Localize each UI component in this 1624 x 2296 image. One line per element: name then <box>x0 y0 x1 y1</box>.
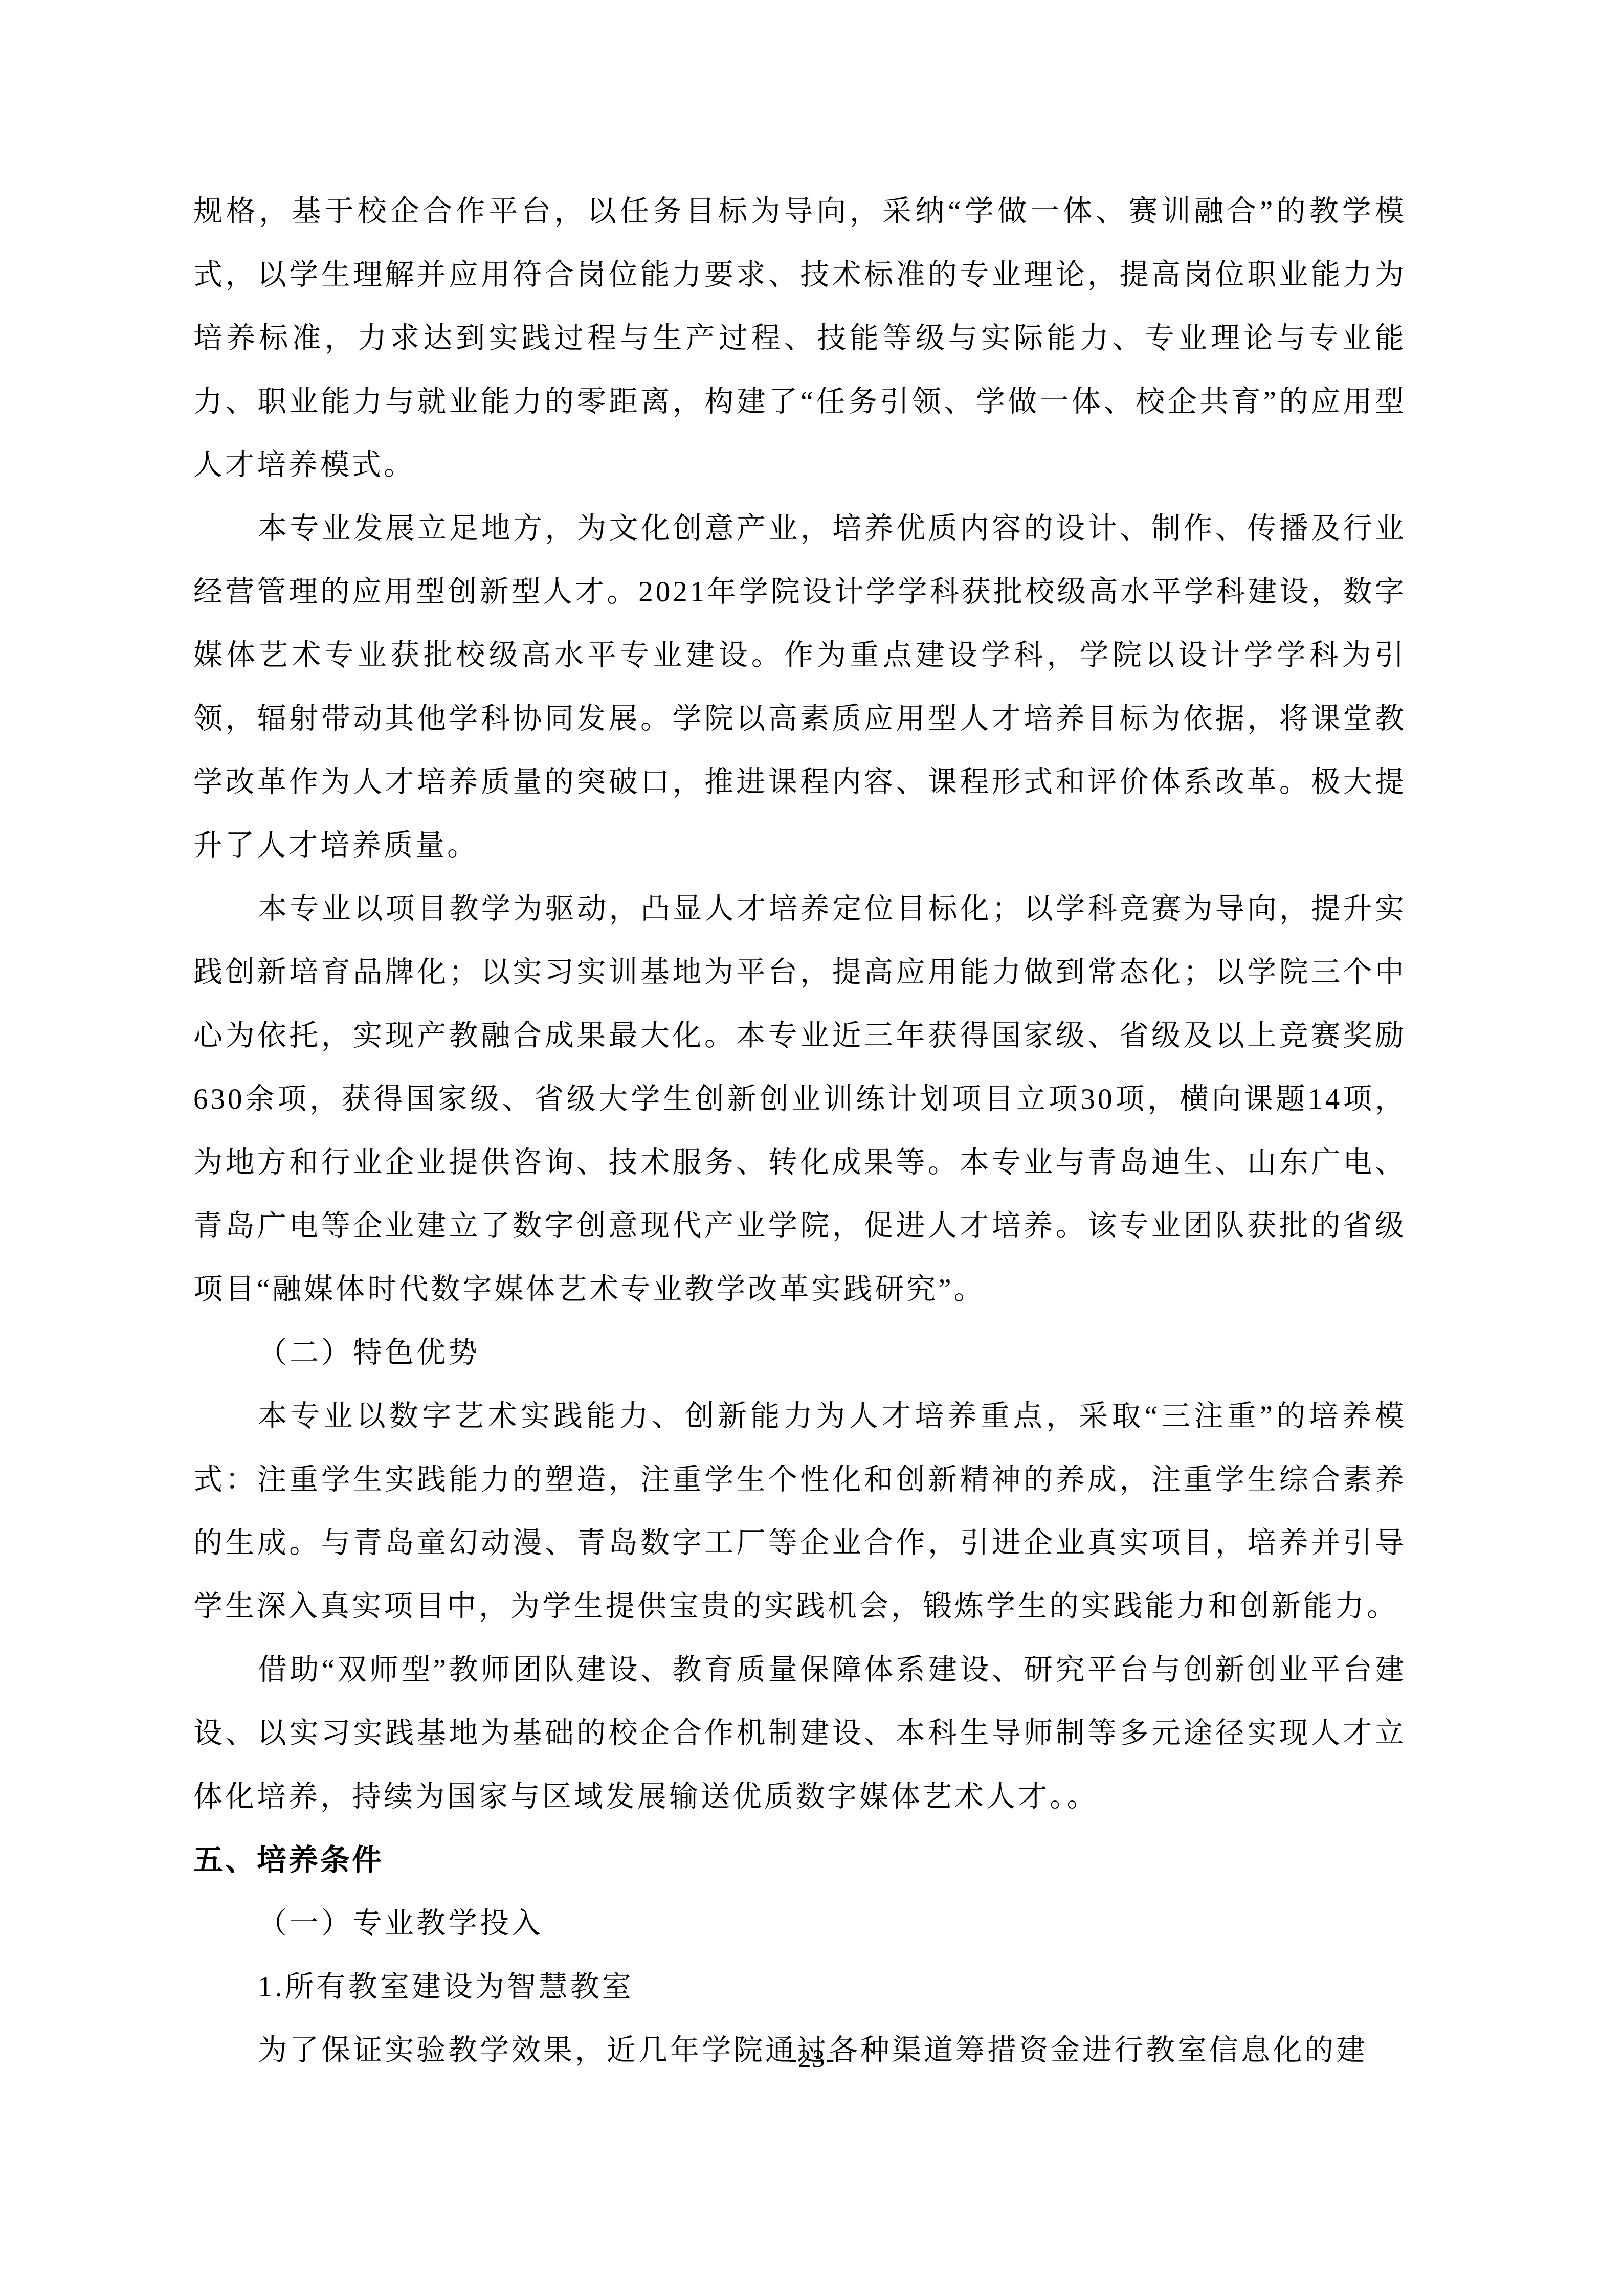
paragraph-multi-path-cultivation: 借助“双师型”教师团队建设、教育质量保障体系建设、研究平台与创新创业平台建设、以… <box>193 1638 1407 1829</box>
paragraph-program-development: 本专业发展立足地方，为文化创意产业，培养优质内容的设计、制作、传播及行业经营管理… <box>193 497 1407 877</box>
subsection-heading-teaching-investment: （一）专业教学投入 <box>193 1892 1407 1955</box>
page-number: -23- <box>0 2043 1624 2073</box>
subsection-heading-special-advantages: （二）特色优势 <box>193 1321 1407 1385</box>
paragraph-project-driven-achievements: 本专业以项目教学为驱动，凸显人才培养定位目标化；以学科竞赛为导向，提升实践创新培… <box>193 877 1407 1321</box>
section-heading-cultivation-conditions: 五、培养条件 <box>193 1829 1407 1892</box>
document-body: 规格，基于校企合作平台，以任务目标为导向，采纳“学做一体、赛训融合”的教学模式，… <box>193 180 1407 2082</box>
document-page: 规格，基于校企合作平台，以任务目标为导向，采纳“学做一体、赛训融合”的教学模式，… <box>0 0 1624 2296</box>
paragraph-three-emphases-model: 本专业以数字艺术实践能力、创新能力为人才培养重点，采取“三注重”的培养模式：注重… <box>193 1385 1407 1638</box>
paragraph-smart-classrooms-title: 1.所有教室建设为智慧教室 <box>193 1955 1407 2019</box>
paragraph-teaching-model-continuation: 规格，基于校企合作平台，以任务目标为导向，采纳“学做一体、赛训融合”的教学模式，… <box>193 180 1407 497</box>
